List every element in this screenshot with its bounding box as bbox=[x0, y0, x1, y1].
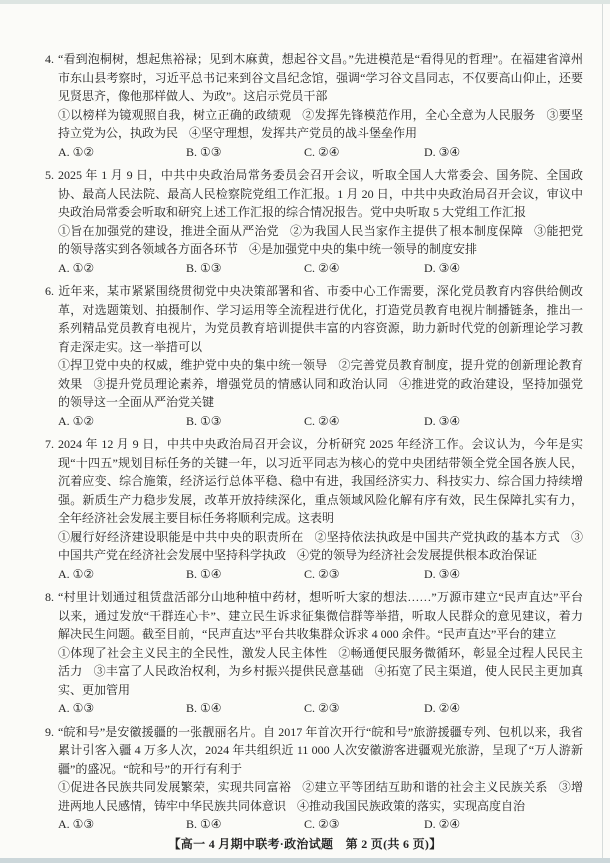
option-b: B. ①③ bbox=[186, 143, 304, 162]
statement-4: ④是加强党中央的集中统一领导的制度安排 bbox=[249, 242, 477, 256]
option-a: A. ①③ bbox=[58, 815, 186, 834]
statement-3: ③提升党员理论素养，增强党员的情感认同和政治认同 bbox=[94, 377, 389, 391]
option-a: A. ①② bbox=[58, 259, 186, 278]
option-d: D. ③④ bbox=[424, 565, 583, 584]
exam-page: 4.“看到泡桐树，想起焦裕禄；见到木麻黄，想起谷文昌。”先进模范是“看得见的哲理… bbox=[0, 0, 610, 863]
options-row: A. ①② B. ①④ C. ②③ D. ③④ bbox=[58, 565, 583, 584]
question-statements: ①以榜样为镜观照自我，树立正确的政绩观②发挥先锋模范作用，全心全意为人民服务③要… bbox=[58, 106, 583, 143]
page-footer-text: 【高一 4 月期中联考·政治试题 第 2 页(共 6 页)】 bbox=[169, 837, 442, 851]
option-a: A. ①② bbox=[58, 143, 186, 162]
statement-3: ③丰富了人民政治权利，为乡村振兴提供民意基础 bbox=[94, 664, 364, 678]
question-statements: ①旨在加强党的建设，推进全面从严治党②为我国人民当家作主提供了根本制度保障③能把… bbox=[58, 222, 583, 259]
option-d: D. ③④ bbox=[424, 143, 583, 162]
question-number: 8. bbox=[45, 588, 58, 607]
statement-2: ②为我国人民当家作主提供了根本制度保障 bbox=[290, 224, 523, 238]
option-c: C. ②④ bbox=[304, 143, 424, 162]
question-statements: ①捍卫党中央的权威，维护党中央的集中统一领导②完善党员教育制度，提升党的创新理论… bbox=[58, 356, 583, 412]
question-list: 4.“看到泡桐树，想起焦裕禄；见到木麻黄，想起谷文昌。”先进模范是“看得见的哲理… bbox=[45, 50, 583, 839]
option-b: B. ①③ bbox=[186, 412, 304, 431]
statement-1: ①旨在加强党的建设，推进全面从严治党 bbox=[58, 224, 279, 238]
statement-4: ④坚守理想，发挥共产党员的战斗堡垒作用 bbox=[189, 126, 417, 140]
option-c: C. ②③ bbox=[304, 565, 424, 584]
statement-1: ①捍卫党中央的权威，维护党中央的集中统一领导 bbox=[58, 358, 327, 372]
question-5: 5.2025 年 1 月 9 日，中共中央政治局常务委员会召开会议，听取全国人大… bbox=[45, 166, 583, 277]
option-b: B. ①④ bbox=[186, 815, 304, 834]
option-c: C. ②④ bbox=[304, 259, 424, 278]
question-number: 9. bbox=[45, 723, 58, 742]
question-8: 8.“村里计划通过租赁盘活部分山地种植中药材，想听听大家的想法……”万源市建立“… bbox=[45, 588, 583, 718]
question-stem-text: “皖和号”是安徽援疆的一张靓丽名片。自 2017 年首次开行“皖和号”旅游援疆专… bbox=[58, 725, 583, 776]
statement-1: ①促进各民族共同发展繁荣，实现共同富裕 bbox=[58, 780, 291, 794]
statement-1: ①履行好经济建设职能是中共中央的职责所在 bbox=[58, 530, 303, 544]
question-stem: 5.2025 年 1 月 9 日，中共中央政治局常务委员会召开会议，听取全国人大… bbox=[58, 166, 583, 222]
page-footer: 【高一 4 月期中联考·政治试题 第 2 页(共 6 页)】 bbox=[0, 835, 610, 852]
scan-edge-top bbox=[0, 0, 610, 4]
option-b: B. ①④ bbox=[186, 699, 304, 718]
question-stem-text: 2025 年 1 月 9 日，中共中央政治局常务委员会召开会议，听取全国人大常委… bbox=[58, 168, 583, 219]
option-c: C. ②③ bbox=[304, 815, 424, 834]
options-row: A. ①② B. ①③ C. ②④ D. ③④ bbox=[58, 143, 583, 162]
question-stem: 6.近年来，某市紧紧围绕贯彻党中央决策部署和省、市委中心工作需要，深化党员教育内… bbox=[58, 282, 583, 356]
scan-edge-bottom bbox=[0, 858, 610, 863]
option-b: B. ①④ bbox=[186, 565, 304, 584]
statement-4: ④党的领导为经济社会发展提供根本政治保证 bbox=[297, 548, 537, 562]
question-9: 9.“皖和号”是安徽援疆的一张靓丽名片。自 2017 年首次开行“皖和号”旅游援… bbox=[45, 723, 583, 834]
statement-2: ②建立平等团结互助和谐的社会主义民族关系 bbox=[302, 780, 547, 794]
option-c: C. ②③ bbox=[304, 699, 424, 718]
option-a: A. ①③ bbox=[58, 699, 186, 718]
option-b: B. ①③ bbox=[186, 259, 304, 278]
option-d: D. ③④ bbox=[424, 412, 583, 431]
options-row: A. ①③ B. ①④ C. ②③ D. ②④ bbox=[58, 699, 583, 718]
question-stem: 8.“村里计划通过租赁盘活部分山地种植中药材，想听听大家的想法……”万源市建立“… bbox=[58, 588, 583, 644]
question-statements: ①促进各民族共同发展繁荣，实现共同富裕②建立平等团结互助和谐的社会主义民族关系③… bbox=[58, 778, 583, 815]
option-c: C. ②④ bbox=[304, 412, 424, 431]
statement-4: ④推动我国民族政策的落实，实现高度自治 bbox=[297, 799, 525, 813]
question-number: 6. bbox=[45, 282, 58, 301]
option-a: A. ①② bbox=[58, 412, 186, 431]
statement-2: ②发挥先锋模范作用，全心全意为人民服务 bbox=[302, 108, 535, 122]
scan-edge-right bbox=[602, 4, 603, 858]
question-4: 4.“看到泡桐树，想起焦裕禄；见到木麻黄，想起谷文昌。”先进模范是“看得见的哲理… bbox=[45, 50, 583, 161]
question-stem: 4.“看到泡桐树，想起焦裕禄；见到木麻黄，想起谷文昌。”先进模范是“看得见的哲理… bbox=[58, 50, 583, 106]
question-number: 7. bbox=[45, 435, 58, 454]
question-stem-text: “看到泡桐树，想起焦裕禄；见到木麻黄，想起谷文昌。”先进模范是“看得见的哲理”。… bbox=[58, 52, 583, 103]
question-6: 6.近年来，某市紧紧围绕贯彻党中央决策部署和省、市委中心工作需要，深化党员教育内… bbox=[45, 282, 583, 430]
option-d: D. ②④ bbox=[424, 699, 583, 718]
statement-1: ①以榜样为镜观照自我，树立正确的政绩观 bbox=[58, 108, 291, 122]
options-row: A. ①② B. ①③ C. ②④ D. ③④ bbox=[58, 412, 583, 431]
question-statements: ①履行好经济建设职能是中共中央的职责所在②坚持依法执政是中国共产党执政的基本方式… bbox=[58, 528, 583, 565]
options-row: A. ①③ B. ①④ C. ②③ D. ②④ bbox=[58, 815, 583, 834]
statement-2: ②坚持依法执政是中国共产党执政的基本方式 bbox=[314, 530, 559, 544]
option-d: D. ③④ bbox=[424, 259, 583, 278]
statement-1: ①体现了社会主义民主的全民性，激发人民主体性 bbox=[58, 646, 327, 660]
question-number: 4. bbox=[45, 50, 58, 69]
question-stem: 7.2024 年 12 月 9 日，中共中央政治局召开会议，分析研究 2025 … bbox=[58, 435, 583, 528]
options-row: A. ①② B. ①③ C. ②④ D. ③④ bbox=[58, 259, 583, 278]
question-number: 5. bbox=[45, 166, 58, 185]
question-7: 7.2024 年 12 月 9 日，中共中央政治局召开会议，分析研究 2025 … bbox=[45, 435, 583, 583]
question-stem: 9.“皖和号”是安徽援疆的一张靓丽名片。自 2017 年首次开行“皖和号”旅游援… bbox=[58, 723, 583, 779]
question-statements: ①体现了社会主义民主的全民性，激发人民主体性②畅通便民服务微循环，彰显全过程人民… bbox=[58, 644, 583, 700]
option-d: D. ②④ bbox=[424, 815, 583, 834]
question-stem-text: 2024 年 12 月 9 日，中共中央政治局召开会议，分析研究 2025 年经… bbox=[58, 437, 583, 525]
question-stem-text: 近年来，某市紧紧围绕贯彻党中央决策部署和省、市委中心工作需要，深化党员教育内容供… bbox=[58, 284, 583, 354]
option-a: A. ①② bbox=[58, 565, 186, 584]
question-stem-text: “村里计划通过租赁盘活部分山地种植中药材，想听听大家的想法……”万源市建立“民声… bbox=[58, 590, 583, 641]
